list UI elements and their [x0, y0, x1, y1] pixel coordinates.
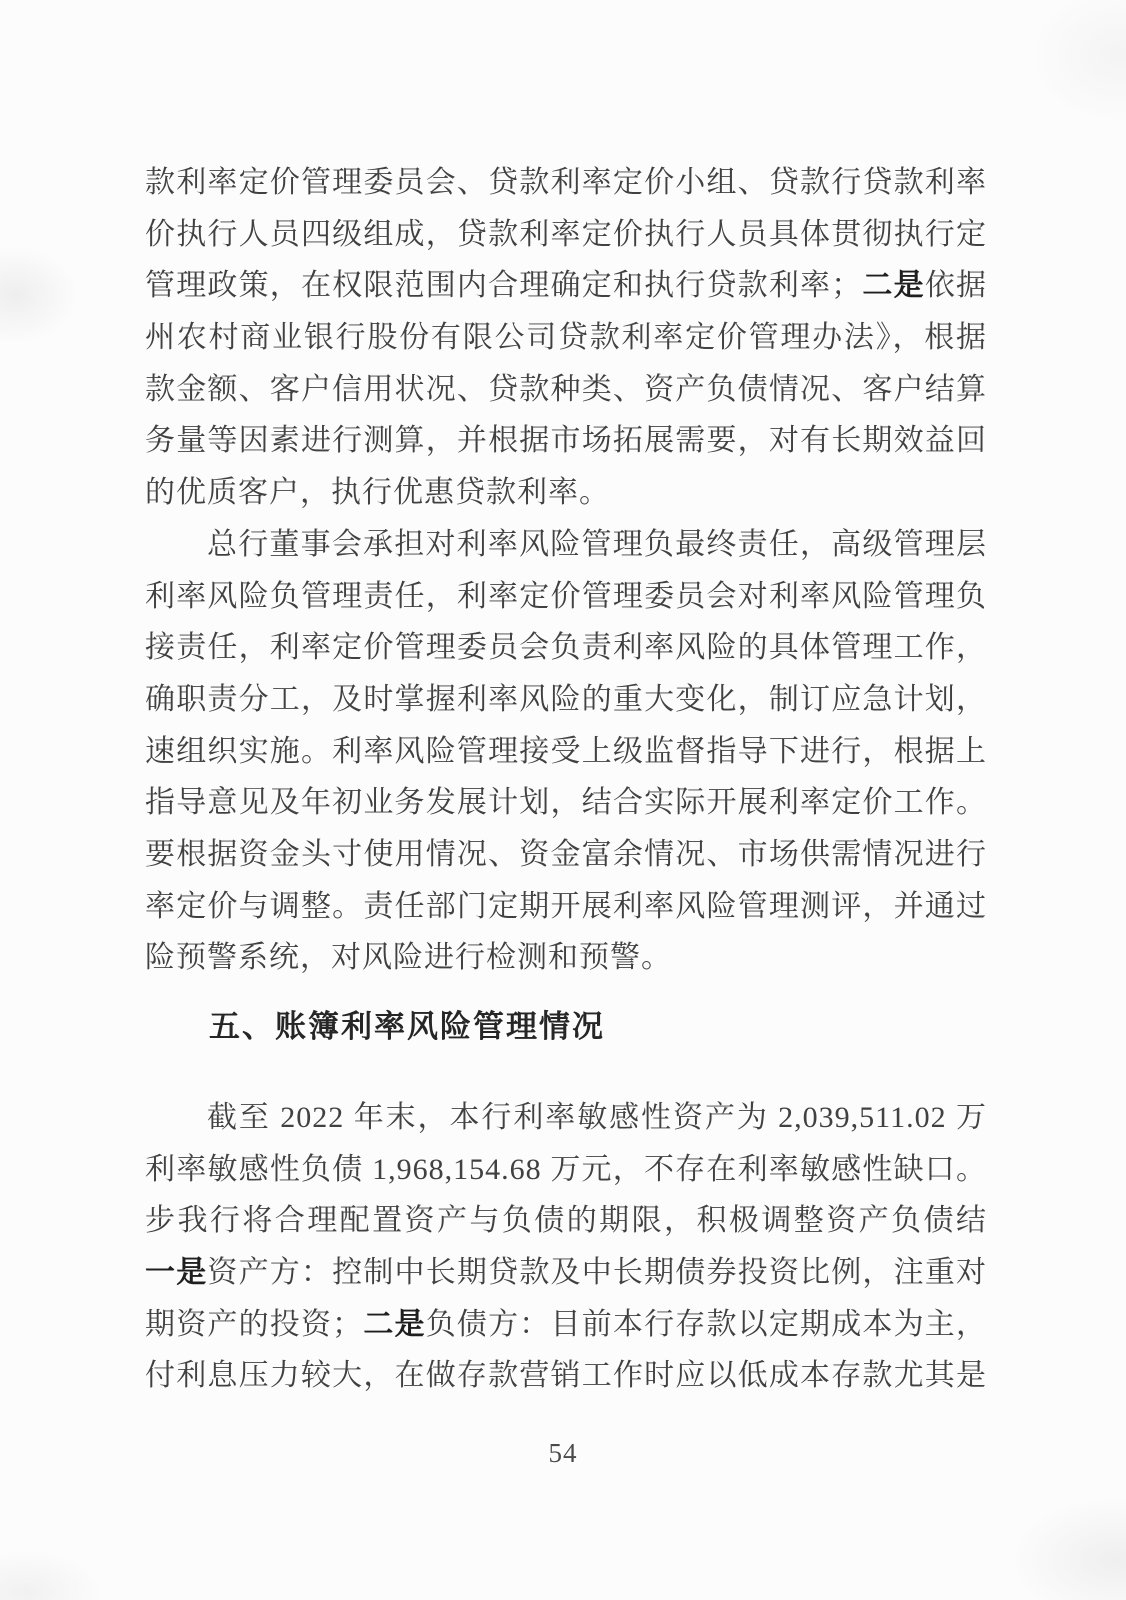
text-run: 速组织实施。利率风险管理接受上级监督指导下进行，根据上级	[145, 735, 987, 778]
text-line: 截至 2022 年末，本行利率敏感性资产为 2,039,511.02 万元，	[145, 1092, 987, 1144]
text-run: 总行董事会承担对利率风险管理负最终责任，高级管理层对	[145, 528, 987, 571]
text-line: 州农村商业银行股份有限公司贷款利率定价管理办法》，根据贷	[145, 312, 987, 364]
page-number: 54	[0, 1438, 1126, 1469]
text-line: 的优质客户，执行优惠贷款利率。	[145, 467, 987, 519]
text-run: 利率敏感性负债 1,968,154.68 万元，不存在利率敏感性缺口。下一	[145, 1153, 987, 1196]
text-run: 率定价与调整。责任部门定期开展利率风险管理测评，并通过风	[145, 890, 987, 933]
text-line: 务量等因素进行测算，并根据市场拓展需要，对有长期效益回报	[145, 415, 987, 467]
text-line: 指导意见及年初业务发展计划，结合实际开展利率定价工作。主	[145, 777, 987, 829]
text-line: 总行董事会承担对利率风险管理负最终责任，高级管理层对	[145, 519, 987, 571]
text-run: 务量等因素进行测算，并根据市场拓展需要，对有长期效益回报	[145, 424, 987, 467]
bold-text-run: 二是	[363, 1308, 426, 1341]
text-run: 确职责分工，及时掌握利率风险的重大变化，制订应急计划，迅	[145, 683, 987, 726]
text-line: 一是资产方：控制中长期贷款及中长期债券投资比例，注重对短	[145, 1247, 987, 1299]
text-run: 险预警系统，对风险进行检测和预警。	[145, 941, 672, 974]
text-line: 款利率定价管理委员会、贷款利率定价小组、贷款行贷款利率定	[145, 157, 987, 209]
text-line: 险预警系统，对风险进行检测和预警。	[145, 932, 987, 984]
bold-text-run: 一是	[145, 1256, 207, 1289]
text-run: 利率风险负管理责任，利率定价管理委员会对利率风险管理负直	[145, 580, 987, 623]
text-line: 价执行人员四级组成，贷款利率定价执行人员具体贯彻执行定价	[145, 209, 987, 261]
bold-text-run: 二是	[862, 269, 925, 302]
text-line: 利率风险负管理责任，利率定价管理委员会对利率风险管理负直	[145, 571, 987, 623]
text-run: 接责任，利率定价管理委员会负责利率风险的具体管理工作，明	[145, 631, 987, 674]
text-line: 付利息压力较大，在做存款营销工作时应以低成本存款尤其是活	[145, 1350, 987, 1402]
text-run: 款利率定价管理委员会、贷款利率定价小组、贷款行贷款利率定	[145, 166, 987, 209]
text-run: 管理政策，在权限范围内合理确定和执行贷款利率；	[145, 269, 862, 302]
text-line: 款金额、客户信用状况、贷款种类、资产负债情况、客户结算业	[145, 364, 987, 416]
text-run: 要根据资金头寸使用情况、资金富余情况、市场供需情况进行利	[145, 838, 987, 881]
document-page: 款利率定价管理委员会、贷款利率定价小组、贷款行贷款利率定 价执行人员四级组成，贷…	[0, 0, 1126, 1600]
text-line: 确职责分工，及时掌握利率风险的重大变化，制订应急计划，迅	[145, 674, 987, 726]
text-line: 管理政策，在权限范围内合理确定和执行贷款利率；二是依据《梅	[145, 260, 987, 312]
text-run: 期资产的投资；	[145, 1308, 363, 1341]
text-run: 付利息压力较大，在做存款营销工作时应以低成本存款尤其是活	[145, 1359, 987, 1402]
text-line: 步我行将合理配置资产与负债的期限，积极调整资产负债结构。	[145, 1195, 987, 1247]
text-line: 期资产的投资；二是负债方：目前本行存款以定期成本为主，应	[145, 1299, 987, 1351]
text-run: 款金额、客户信用状况、贷款种类、资产负债情况、客户结算业	[145, 373, 987, 416]
section-heading: 五、账簿利率风险管理情况	[209, 1006, 987, 1048]
text-run: 价执行人员四级组成，贷款利率定价执行人员具体贯彻执行定价	[145, 218, 987, 261]
text-run: 步我行将合理配置资产与负债的期限，积极调整资产负债结构。	[145, 1204, 987, 1247]
text-line: 利率敏感性负债 1,968,154.68 万元，不存在利率敏感性缺口。下一	[145, 1144, 987, 1196]
text-content: 款利率定价管理委员会、贷款利率定价小组、贷款行贷款利率定 价执行人员四级组成，贷…	[145, 157, 987, 1402]
text-run: 州农村商业银行股份有限公司贷款利率定价管理办法》，根据贷	[145, 321, 987, 364]
text-line: 接责任，利率定价管理委员会负责利率风险的具体管理工作，明	[145, 622, 987, 674]
text-run: 资产方：控制中长期贷款及中长期债券投资比例，注重对短	[145, 1256, 987, 1299]
text-run: 的优质客户，执行优惠贷款利率。	[145, 476, 610, 509]
text-run: 指导意见及年初业务发展计划，结合实际开展利率定价工作。主	[145, 786, 987, 829]
text-line: 要根据资金头寸使用情况、资金富余情况、市场供需情况进行利	[145, 829, 987, 881]
text-run: 截至 2022 年末，本行利率敏感性资产为 2,039,511.02 万元，	[145, 1101, 987, 1144]
text-line: 率定价与调整。责任部门定期开展利率风险管理测评，并通过风	[145, 881, 987, 933]
text-line: 速组织实施。利率风险管理接受上级监督指导下进行，根据上级	[145, 726, 987, 778]
